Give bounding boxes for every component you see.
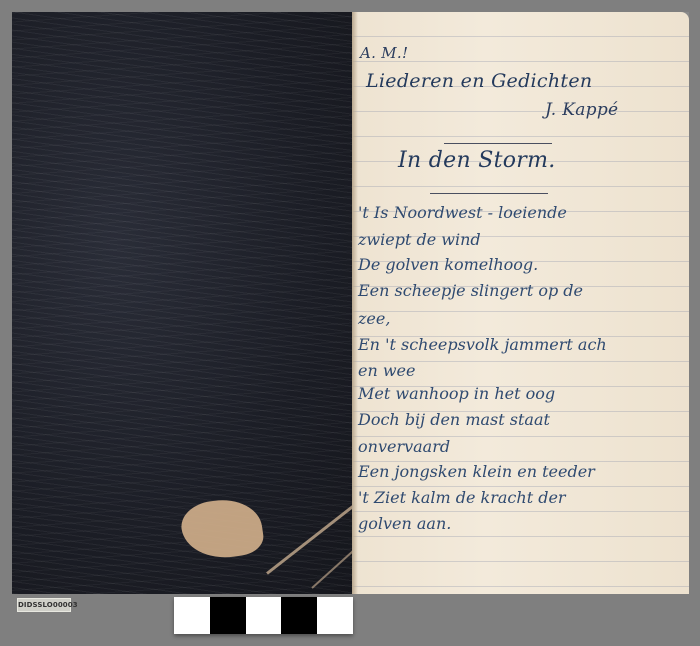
poem-title: In den Storm. [398, 148, 556, 173]
scale-cell-white [246, 597, 282, 634]
poem-line: En 't scheepsvolk jammert ach [358, 335, 607, 354]
color-scale-bar [174, 597, 353, 634]
poem-line: en wee [358, 361, 416, 380]
poem-line: golven aan. [358, 514, 451, 533]
header-initials: A. M.! [360, 44, 408, 62]
poem-line: zee, [358, 309, 390, 328]
poem-line: De golven komelhoog. [358, 255, 538, 274]
cover-crease [266, 498, 357, 574]
poem-line: Met wanhoop in het oog [358, 384, 555, 403]
author-name: J. Kappé [545, 100, 618, 120]
scale-cell-white [317, 597, 353, 634]
poem-line: 't Is Noordwest - loeiende [358, 203, 567, 222]
reference-label: DIDSSLO00003 [17, 598, 71, 612]
scale-cell-black [210, 597, 246, 634]
cover-wear-patch [178, 495, 265, 564]
poem-line: zwiept de wind [358, 230, 481, 249]
scale-cell-black [281, 597, 317, 634]
poem-line: Doch bij den mast staat [358, 410, 550, 429]
scale-cell-white [174, 597, 210, 634]
collection-title: Liederen en Gedichten [366, 70, 592, 92]
poem-line: Een scheepje slingert op de [358, 281, 583, 300]
notebook-cover [12, 12, 357, 594]
title-rule-bottom [430, 193, 548, 194]
title-rule-top [444, 143, 552, 144]
poem-line: onvervaard [358, 437, 450, 456]
cover-crease [311, 534, 357, 589]
poem-line: Een jongsken klein en teeder [358, 462, 595, 481]
poem-line: 't Ziet kalm de kracht der [358, 488, 566, 507]
